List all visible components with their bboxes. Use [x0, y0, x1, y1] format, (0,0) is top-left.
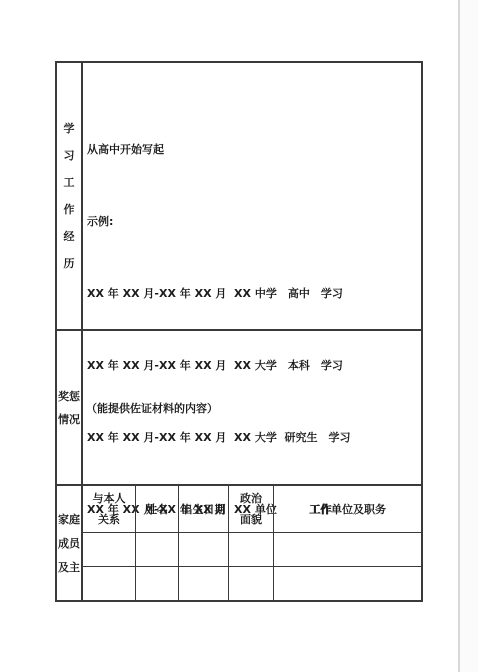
- family-cell-birthdate[interactable]: [179, 567, 229, 600]
- education-section-label: 学 习 工 作 经 历: [57, 63, 83, 329]
- rewards-label-line: 情况: [58, 414, 80, 425]
- education-section: 学 习 工 作 经 历 从高中开始写起 示例: XX 年 XX 月-XX 年 X…: [57, 63, 421, 331]
- resume-form-table: 学 习 工 作 经 历 从高中开始写起 示例: XX 年 XX 月-XX 年 X…: [55, 61, 423, 602]
- canvas-right-strip: [460, 0, 478, 672]
- family-cell-name[interactable]: [136, 567, 179, 600]
- rewards-section-label: 奖惩 情况: [57, 331, 83, 484]
- family-cell-work-unit[interactable]: [274, 567, 421, 600]
- family-header-political-status: 政治 面貌: [229, 486, 274, 533]
- rewards-note: （能提供佐证材料的内容）: [86, 400, 218, 416]
- education-label-char: 经: [64, 231, 75, 242]
- family-header-work-unit: 工作单位及职务: [274, 486, 421, 533]
- education-label-char: 习: [64, 150, 75, 161]
- education-label-char: 学: [64, 123, 75, 134]
- education-example-heading: 示例:: [87, 210, 419, 234]
- family-table: 与本人 关系 姓名 出生日期 政治 面貌 工作单位及职务: [83, 486, 421, 600]
- family-cell-political-status[interactable]: [229, 567, 274, 600]
- education-label-char: 历: [64, 258, 75, 269]
- education-instruction-line: 从高中开始写起: [87, 138, 419, 162]
- family-header-birthdate: 出生日期: [179, 486, 229, 533]
- page-edge-line: [458, 0, 460, 672]
- rewards-content-cell[interactable]: （能提供佐证材料的内容）: [83, 331, 421, 484]
- family-label-line: 成员: [58, 538, 80, 549]
- document-page: 学 习 工 作 经 历 从高中开始写起 示例: XX 年 XX 月-XX 年 X…: [0, 0, 478, 672]
- family-cell-relation[interactable]: [83, 567, 136, 600]
- family-cell-work-unit[interactable]: [274, 533, 421, 567]
- family-header-name: 姓名: [136, 486, 179, 533]
- education-example-line: XX 年 XX 月-XX 年 XX 月 XX 中学 高中 学习: [87, 282, 419, 306]
- family-cell-birthdate[interactable]: [179, 533, 229, 567]
- rewards-section: 奖惩 情况 （能提供佐证材料的内容）: [57, 331, 421, 486]
- family-label-line: 及主: [58, 562, 80, 573]
- family-cell-name[interactable]: [136, 533, 179, 567]
- family-section: 家庭 成员 及主 与本人 关系 姓名 出生日期 政治 面貌 工作单位及职务: [57, 486, 421, 600]
- rewards-label-line: 奖惩: [58, 391, 80, 402]
- education-label-char: 工: [64, 177, 75, 188]
- family-cell-relation[interactable]: [83, 533, 136, 567]
- education-label-char: 作: [64, 204, 75, 215]
- family-header-relation: 与本人 关系: [83, 486, 136, 533]
- family-section-label: 家庭 成员 及主: [57, 486, 83, 600]
- family-cell-political-status[interactable]: [229, 533, 274, 567]
- education-content-cell[interactable]: 从高中开始写起 示例: XX 年 XX 月-XX 年 XX 月 XX 中学 高中…: [83, 63, 421, 329]
- family-label-line: 家庭: [58, 514, 80, 525]
